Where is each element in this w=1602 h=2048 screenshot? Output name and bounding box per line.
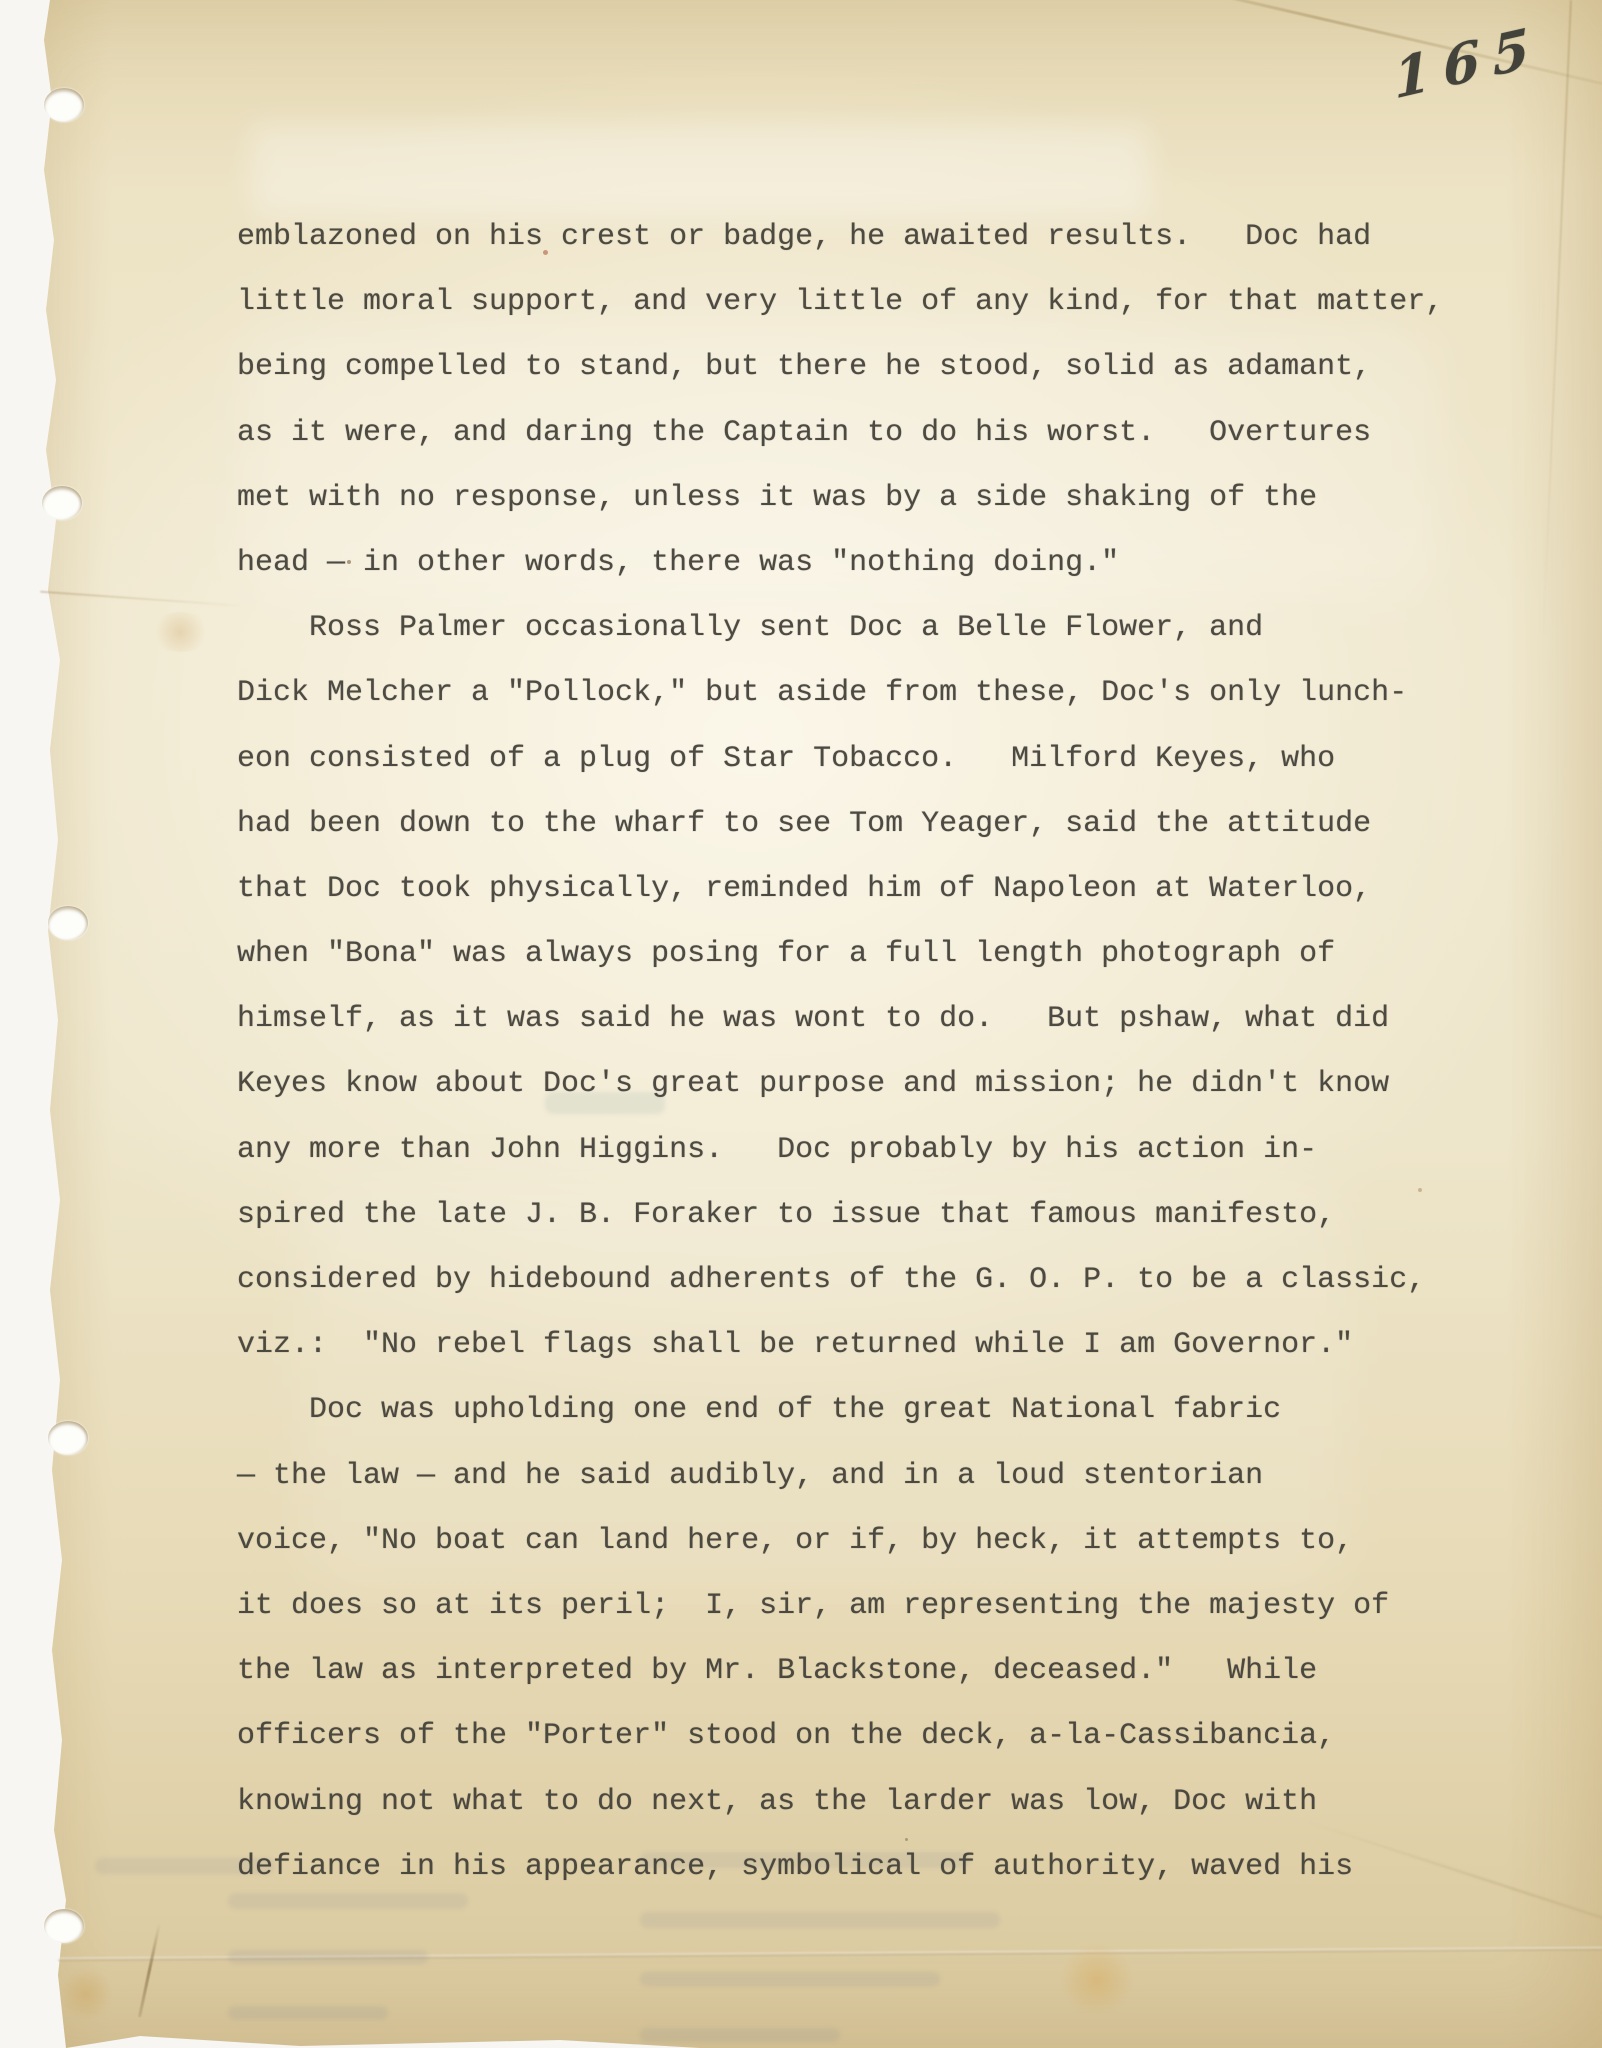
punch-hole [44, 1909, 84, 1943]
text-line: being compelled to stand, but there he s… [237, 335, 1527, 400]
typewritten-text-block: emblazoned on his crest or badge, he awa… [237, 205, 1527, 1900]
text-line: Doc was upholding one end of the great N… [237, 1378, 1527, 1443]
punch-hole [44, 88, 84, 122]
text-line: met with no response, unless it was by a… [237, 466, 1527, 531]
text-line: Keyes know about Doc's great purpose and… [237, 1052, 1527, 1117]
text-line: any more than John Higgins. Doc probably… [237, 1118, 1527, 1183]
text-line: spired the late J. B. Foraker to issue t… [237, 1183, 1527, 1248]
text-line: viz.: "No rebel flags shall be returned … [237, 1313, 1527, 1378]
text-line: himself, as it was said he was wont to d… [237, 987, 1527, 1052]
text-line: little moral support, and very little of… [237, 270, 1527, 335]
punch-hole [48, 1421, 88, 1455]
punch-hole [42, 486, 82, 520]
text-line: Dick Melcher a "Pollock," but aside from… [237, 661, 1527, 726]
text-line: considered by hidebound adherents of the… [237, 1248, 1527, 1313]
text-line: it does so at its peril; I, sir, am repr… [237, 1574, 1527, 1639]
text-line: — the law — and he said audibly, and in … [237, 1444, 1527, 1509]
text-line: eon consisted of a plug of Star Tobacco.… [237, 727, 1527, 792]
punch-hole [48, 906, 88, 940]
text-line: emblazoned on his crest or badge, he awa… [237, 205, 1527, 270]
text-line: defiance in his appearance, symbolical o… [237, 1835, 1527, 1900]
text-line: voice, "No boat can land here, or if, by… [237, 1509, 1527, 1574]
text-line: when "Bona" was always posing for a full… [237, 922, 1527, 987]
text-line: that Doc took physically, reminded him o… [237, 857, 1527, 922]
scanned-page: 165 emblazoned on his crest or badge, he… [0, 0, 1602, 2048]
text-line: the law as interpreted by Mr. Blackstone… [237, 1639, 1527, 1704]
text-line: had been down to the wharf to see Tom Ye… [237, 792, 1527, 857]
text-line: as it were, and daring the Captain to do… [237, 401, 1527, 466]
text-line: officers of the "Porter" stood on the de… [237, 1704, 1527, 1769]
text-line: Ross Palmer occasionally sent Doc a Bell… [237, 596, 1527, 661]
text-line: knowing not what to do next, as the lard… [237, 1770, 1527, 1835]
text-line: head — in other words, there was "nothin… [237, 531, 1527, 596]
